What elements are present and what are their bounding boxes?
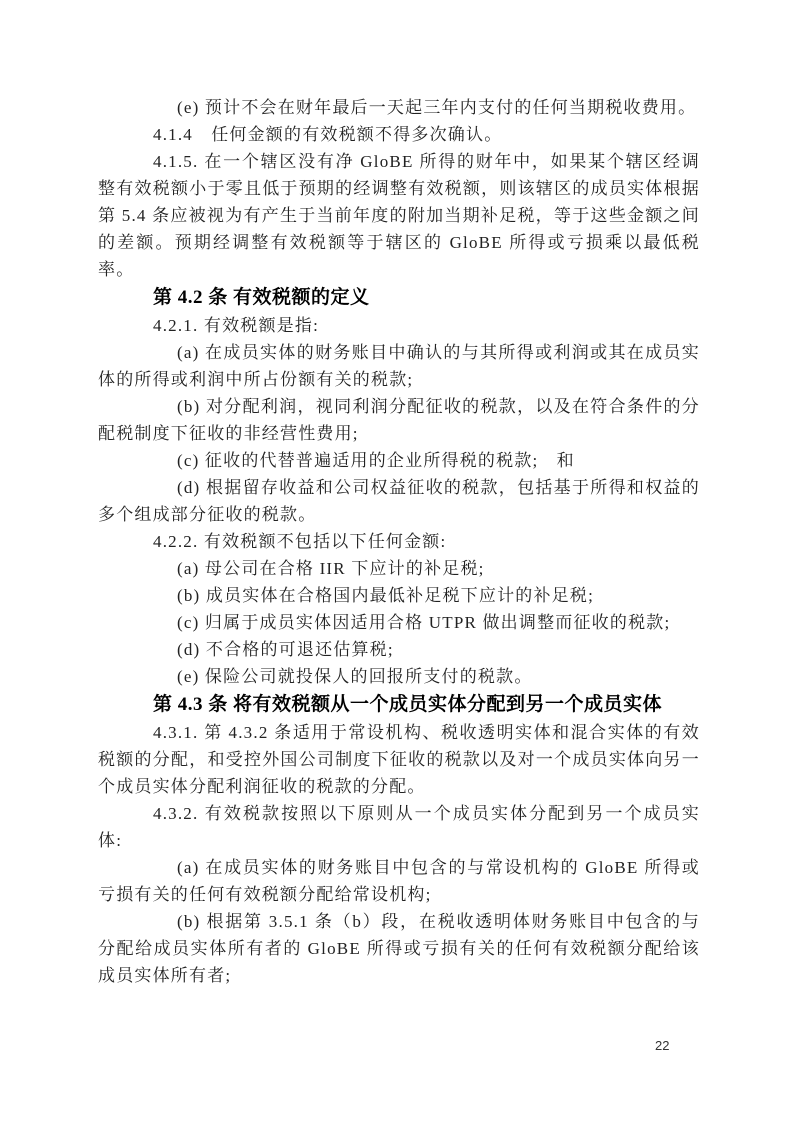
paragraph: (b) 对分配利润，视同利润分配征收的税款，以及在符合条件的分配税制度下征收的非… [98, 393, 700, 447]
section-heading-4-3: 第 4.3 条 将有效税额从一个成员实体分配到另一个成员实体 [98, 690, 700, 719]
document-body: (e) 预计不会在财年最后一天起三年内支付的任何当期税收费用。 4.1.4 任何… [0, 0, 794, 989]
paragraph: 4.1.4 任何金额的有效税额不得多次确认。 [98, 121, 700, 148]
section-heading-4-2: 第 4.2 条 有效税额的定义 [98, 283, 700, 312]
paragraph: (c) 归属于成员实体因适用合格 UTPR 做出调整而征收的税款; [98, 609, 700, 636]
paragraph: (a) 母公司在合格 IIR 下应计的补足税; [98, 555, 700, 582]
paragraph: 4.3.1. 第 4.3.2 条适用于常设机构、税收透明实体和混合实体的有效税额… [98, 719, 700, 800]
paragraph: (c) 征收的代替普遍适用的企业所得税的税款; 和 [98, 447, 700, 474]
paragraph: 4.2.2. 有效税额不包括以下任何金额: [98, 528, 700, 555]
paragraph: 4.1.5. 在一个辖区没有净 GloBE 所得的财年中，如果某个辖区经调整有效… [98, 148, 700, 283]
paragraph: (d) 根据留存收益和公司权益征收的税款，包括基于所得和权益的多个组成部分征收的… [98, 474, 700, 528]
paragraph: 4.2.1. 有效税额是指: [98, 312, 700, 339]
paragraph: (a) 在成员实体的财务账目中包含的与常设机构的 GloBE 所得或亏损有关的任… [98, 854, 700, 908]
document-page: (e) 预计不会在财年最后一天起三年内支付的任何当期税收费用。 4.1.4 任何… [0, 0, 794, 1123]
paragraph: (b) 根据第 3.5.1 条（b）段，在税收透明体财务账目中包含的与分配给成员… [98, 908, 700, 989]
paragraph: 4.3.2. 有效税款按照以下原则从一个成员实体分配到另一个成员实体: [98, 800, 700, 854]
paragraph: (e) 保险公司就投保人的回报所支付的税款。 [98, 663, 700, 690]
paragraph: (a) 在成员实体的财务账目中确认的与其所得或利润或其在成员实体的所得或利润中所… [98, 339, 700, 393]
paragraph: (e) 预计不会在财年最后一天起三年内支付的任何当期税收费用。 [98, 94, 700, 121]
paragraph: (b) 成员实体在合格国内最低补足税下应计的补足税; [98, 582, 700, 609]
page-number: 22 [655, 1038, 669, 1053]
paragraph: (d) 不合格的可退还估算税; [98, 636, 700, 663]
